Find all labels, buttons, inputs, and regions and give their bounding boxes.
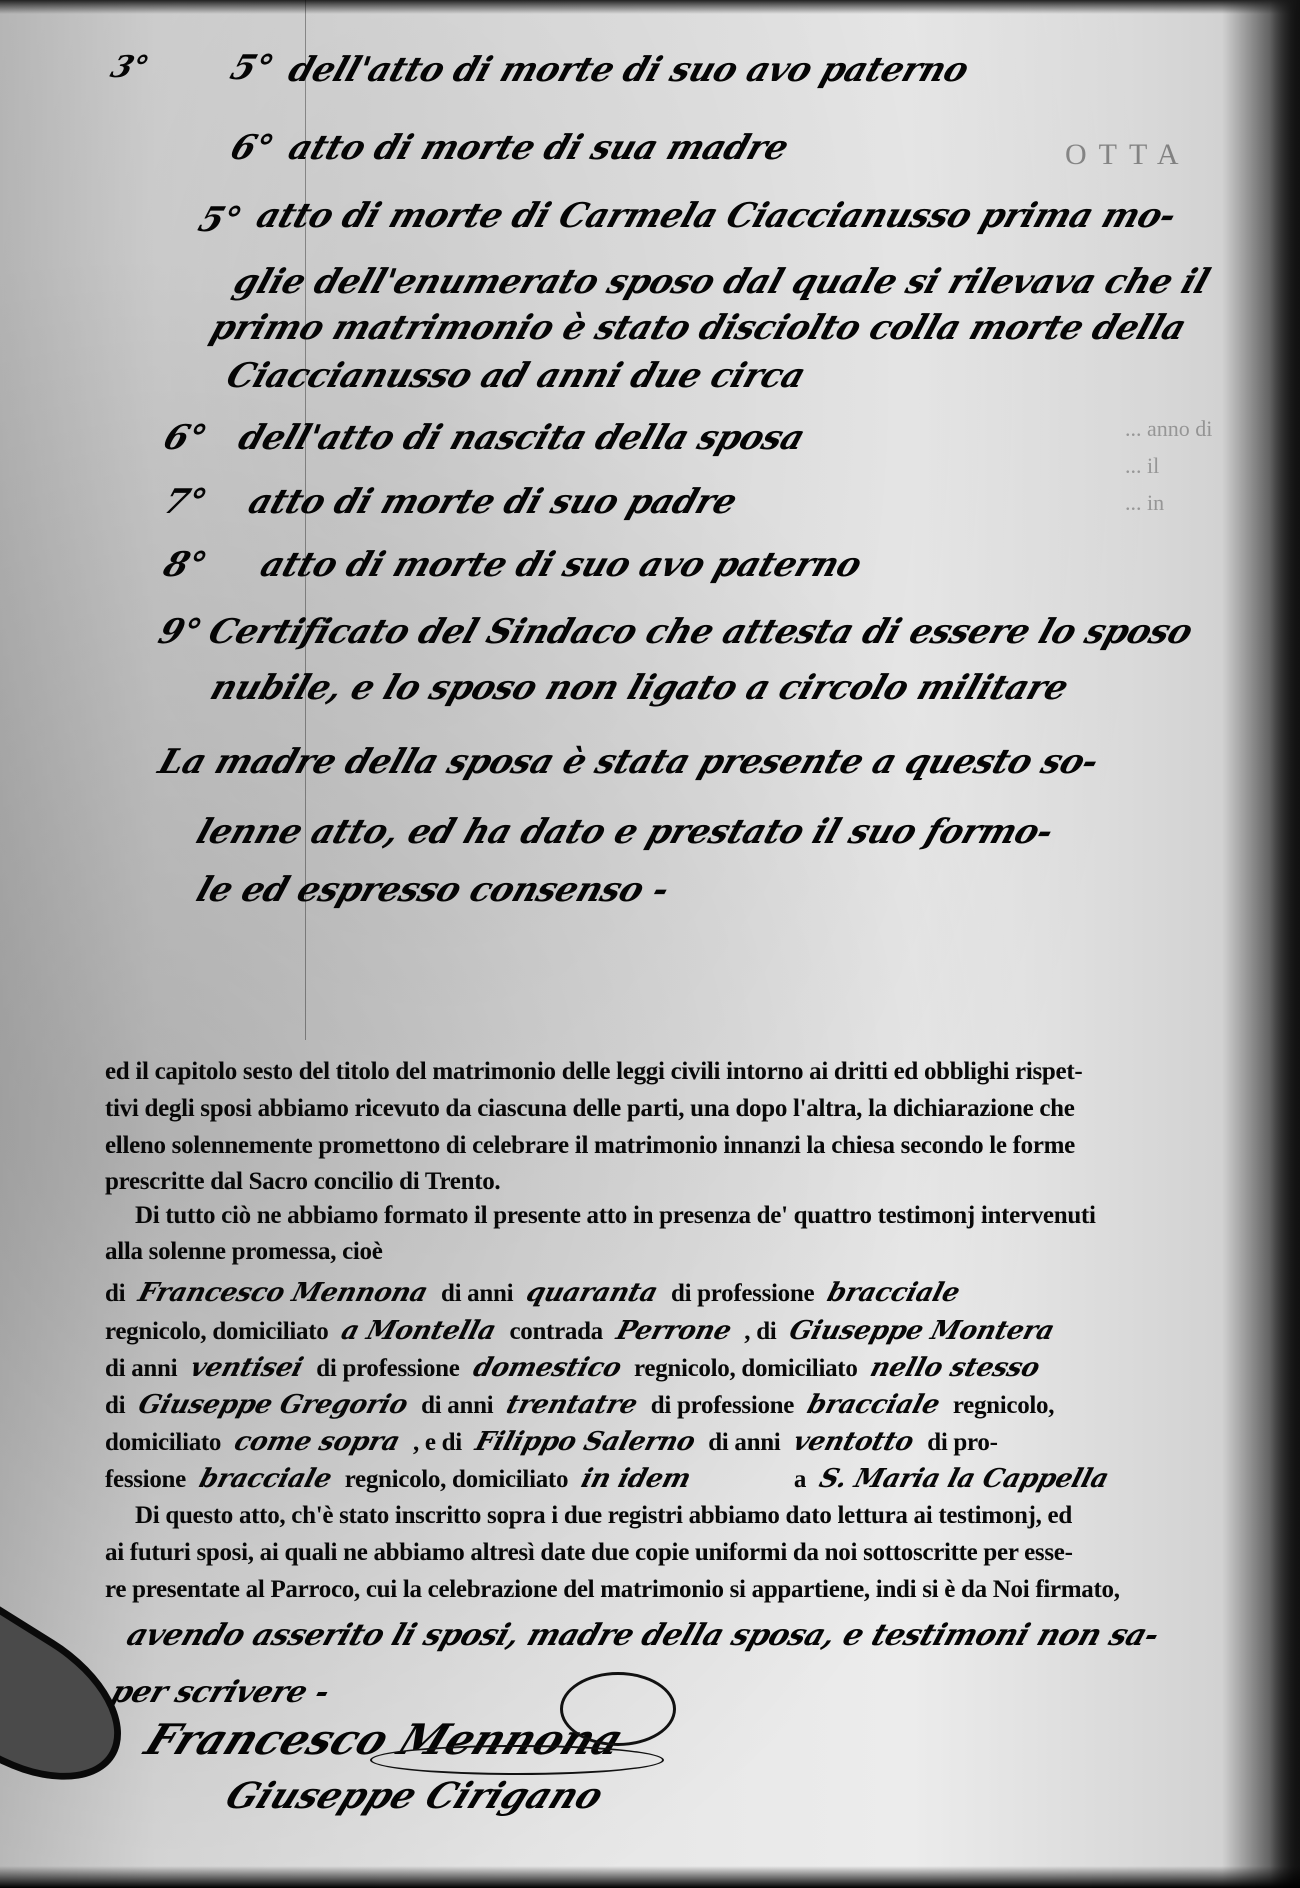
witness-4-profession: bracciale: [196, 1464, 335, 1494]
scan-top-edge-shadow: [0, 0, 1300, 14]
printed-line: Di tutto ciò ne abbiamo formato il prese…: [105, 1202, 1300, 1230]
bleedthrough-text: ... anno di ... il ... in: [1125, 410, 1285, 521]
printed-line: prescritte dal Sacro concilio di Trento.: [105, 1168, 1275, 1196]
label-domicile: regnicolo, domiciliato: [105, 1318, 328, 1345]
witness-line: regnicolo, domiciliato a Montella contra…: [105, 1316, 1275, 1346]
list-item-number: 5°: [194, 200, 247, 240]
printed-line: alla solenne promessa, cioè: [105, 1238, 1275, 1266]
label-age: di anni: [421, 1392, 493, 1419]
list-item-text: dell'atto di nascita della sposa: [234, 418, 810, 458]
note-line: lenne atto, ed ha dato e prestato il suo…: [192, 812, 1059, 852]
witness-1-profession: bracciale: [824, 1278, 963, 1308]
witness-line: domiciliato come sopra , e di Filippo Sa…: [105, 1427, 1275, 1457]
witness-1-age: quaranta: [523, 1278, 661, 1308]
list-item-text: Ciaccianusso ad anni due circa: [222, 356, 811, 396]
list-item-number: 5°: [226, 48, 279, 88]
witness-3-domicile: come sopra: [231, 1427, 403, 1457]
label-e-di: , e di: [413, 1429, 462, 1456]
list-item-number: 8°: [159, 545, 212, 585]
label-di: di: [105, 1280, 125, 1307]
list-item-number: 9°: [154, 612, 207, 652]
list-item-text: atto di morte di Carmela Ciaccianusso pr…: [252, 196, 1181, 236]
list-item-text: nubile, e lo sposo non ligato a circolo …: [206, 668, 1074, 708]
printed-line: tivi degli sposi abbiamo ricevuto da cia…: [105, 1095, 1275, 1123]
witness-1-domicile: a Montella: [338, 1316, 499, 1346]
witness-line: fessione bracciale regnicolo, domiciliat…: [105, 1464, 1275, 1494]
margin-mark: 3°: [106, 50, 152, 85]
witness-line: di Giuseppe Gregorio di anni trentatre d…: [105, 1390, 1275, 1420]
bleedthrough-line: ... anno di: [1125, 410, 1285, 447]
bleedthrough-line: ... il: [1125, 447, 1285, 484]
list-item-number: 6°: [226, 128, 279, 168]
witness-1-name: Francesco Mennona: [135, 1278, 431, 1308]
label-profession: di professione: [316, 1355, 459, 1382]
witness-4-domicile: in idem: [578, 1464, 694, 1494]
printed-line: ai futuri sposi, ai quali ne abbiamo alt…: [105, 1539, 1275, 1567]
signature-flourish: [560, 1672, 676, 1746]
witness-2-age: ventisei: [187, 1353, 306, 1383]
witness-1-street: Perrone: [613, 1316, 735, 1346]
label-age: di anni: [441, 1280, 513, 1307]
list-item-number: 6°: [159, 418, 212, 458]
witness-3-age: trentatre: [503, 1390, 641, 1420]
witness-2-domicile: nello stesso: [867, 1353, 1043, 1383]
list-item-text: atto di morte di sua madre: [284, 128, 794, 168]
closing-line: per scrivere -: [106, 1675, 333, 1710]
signature-flourish: [370, 1745, 664, 1775]
label-di: di: [756, 1318, 776, 1345]
list-item-text: primo matrimonio è stato disciolto colla…: [206, 308, 1191, 348]
label-profession-part: di pro-: [927, 1429, 997, 1456]
list-item-text: atto di morte di suo avo paterno: [256, 545, 867, 585]
witness-2-name: Giuseppe Montera: [786, 1316, 1057, 1346]
printed-line: elleno solennemente promettono di celebr…: [105, 1132, 1275, 1160]
scan-right-edge-shadow: [1270, 0, 1300, 1888]
label-profession: di professione: [651, 1392, 794, 1419]
label-age: di anni: [105, 1355, 177, 1382]
label-age: di anni: [708, 1429, 780, 1456]
witness-3-profession: bracciale: [804, 1390, 943, 1420]
witness-3-name: Giuseppe Gregorio: [135, 1390, 411, 1420]
printed-line: re presentate al Parroco, cui la celebra…: [105, 1576, 1275, 1604]
place-name: S. Maria la Cappella: [816, 1464, 1112, 1494]
label-profession: di professione: [671, 1280, 814, 1307]
list-item-text: dell'atto di morte di suo avo paterno: [284, 50, 974, 90]
witness-2-profession: domestico: [469, 1353, 624, 1383]
label-street: contrada: [509, 1318, 602, 1345]
label-profession-part: fessione: [105, 1466, 186, 1493]
witness-4-name: Filippo Salerno: [472, 1427, 698, 1457]
label-domicile: regnicolo, domiciliato: [345, 1466, 568, 1493]
printed-line: ed il capitolo sesto del titolo del matr…: [105, 1058, 1275, 1086]
witness-4-age: ventotto: [790, 1427, 917, 1457]
label-domicile: regnicolo, domiciliato: [634, 1355, 857, 1382]
note-line: La madre della sposa è stata presente a …: [154, 742, 1104, 782]
list-item-text: Certificato del Sindaco che attesta di e…: [204, 612, 1198, 652]
bleedthrough-line: ... in: [1125, 484, 1285, 521]
witness-line: di anni ventisei di professione domestic…: [105, 1353, 1275, 1383]
witness-line: di Francesco Mennona di anni quaranta di…: [105, 1278, 1275, 1308]
label-di: di: [105, 1392, 125, 1419]
note-line: le ed espresso consenso -: [192, 870, 674, 910]
list-item-number: 7°: [159, 482, 212, 522]
signature-2: Giuseppe Cirigano: [220, 1775, 610, 1817]
scan-bottom-edge-shadow: [0, 1866, 1300, 1888]
list-item-text: glie dell'enumerato sposo dal quale si r…: [229, 262, 1215, 302]
label-a: a: [794, 1466, 806, 1493]
list-item-text: atto di morte di suo padre: [244, 482, 742, 522]
scanned-document-page: OTTA ... anno di ... il ... in 3° 5° del…: [0, 0, 1300, 1888]
closing-line: avendo asserito li sposi, madre della sp…: [122, 1618, 1163, 1653]
faint-printed-header: OTTA: [1065, 138, 1191, 172]
printed-line: Di questo atto, ch'è stato inscritto sop…: [105, 1502, 1300, 1530]
